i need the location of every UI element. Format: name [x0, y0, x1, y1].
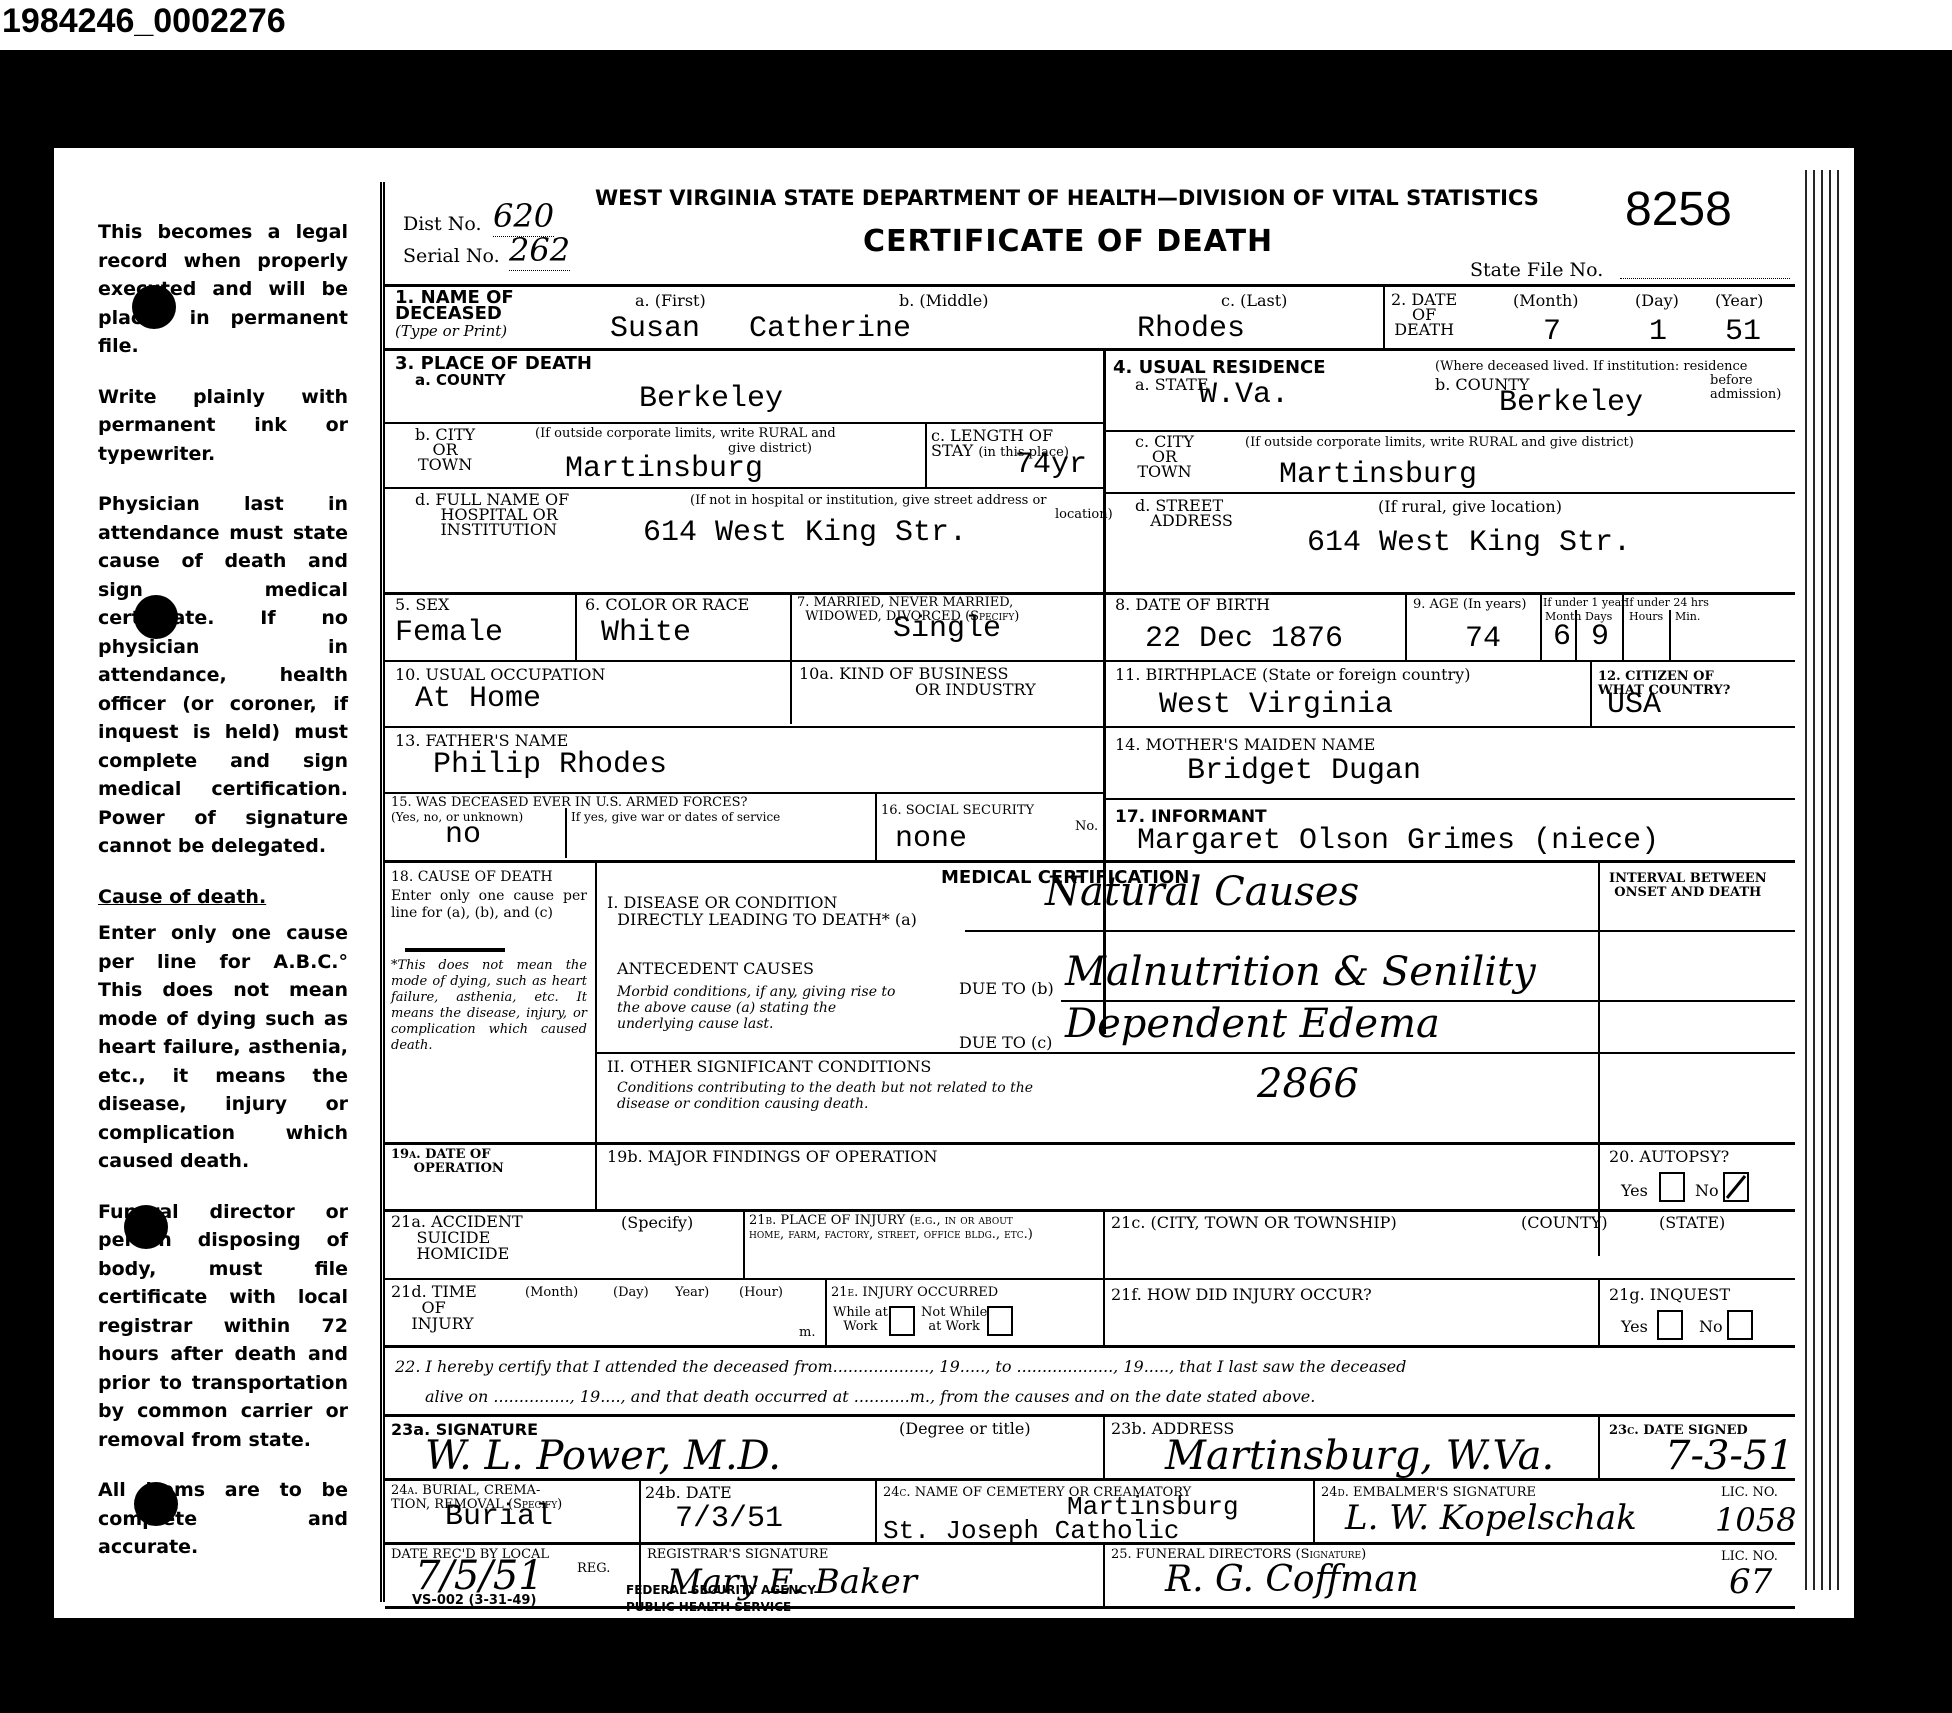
federal-agency-label: FEDERAL SECURITY AGENCYPUBLIC HEALTH SER…	[626, 1582, 816, 1616]
local-registrar-date-value: 7/5/51	[415, 1556, 544, 1596]
accident-specify-label: (Specify)	[621, 1214, 693, 1231]
occupation-value[interactable]: At Home	[415, 684, 541, 714]
death-day-label: (Day)	[1635, 292, 1679, 309]
inquest-yes-checkbox[interactable]	[1657, 1310, 1683, 1340]
autopsy-no-label: No	[1695, 1182, 1719, 1199]
checkmark-icon	[1725, 1174, 1747, 1200]
cause-c-value[interactable]: Dependent Edema	[1065, 1004, 1440, 1044]
death-month-value[interactable]: 7	[1543, 317, 1561, 347]
cause-of-death-label: 18. CAUSE OF DEATH	[391, 870, 553, 884]
interval-label: INTERVAL BETWEENONSET AND DEATH	[1609, 872, 1767, 900]
physician-signature: W. L. Power, M.D.	[425, 1436, 781, 1476]
physician-certification-line1: 22. I hereby certify that I attended the…	[395, 1358, 1406, 1375]
while-at-work-checkbox[interactable]	[889, 1306, 915, 1336]
while-at-work-label: While atWork	[833, 1306, 888, 1334]
injury-state-label: (STATE)	[1659, 1214, 1725, 1231]
injury-m-label: m.	[799, 1326, 815, 1340]
antecedent-note: Morbid conditions, if any, giving rise t…	[617, 984, 917, 1032]
injury-year-label: Year)	[675, 1286, 709, 1300]
image-id-label: 1984246_0002276	[2, 2, 286, 41]
autopsy-yes-checkbox[interactable]	[1659, 1172, 1685, 1202]
death-month-label: (Month)	[1513, 292, 1579, 309]
armed-forces-value[interactable]: no	[445, 820, 481, 850]
age-value[interactable]: 74	[1465, 624, 1501, 654]
classification-code: 2866	[1257, 1064, 1359, 1104]
instructions-sidebar: This becomes a legal record when properl…	[98, 218, 348, 1584]
inquest-no-checkbox[interactable]	[1727, 1310, 1753, 1340]
citizen-value[interactable]: USA	[1607, 690, 1661, 720]
institution-note2: location)	[1055, 508, 1113, 522]
not-while-at-work-checkbox[interactable]	[987, 1306, 1013, 1336]
funeral-director-signature: R. G. Coffman	[1165, 1560, 1419, 1600]
punch-hole	[134, 1482, 178, 1526]
mother-maiden-name-label: 14. MOTHER'S MAIDEN NAME	[1115, 736, 1375, 753]
informant-value[interactable]: Margaret Olson Grimes (niece)	[1137, 826, 1659, 856]
place-of-injury-label: 21b. PLACE OF INJURY (e.g., in or abouth…	[749, 1214, 1033, 1242]
cause-of-death-heading: Cause of death.	[98, 886, 266, 908]
social-security-label: 16. SOCIAL SECURITY	[881, 804, 1034, 818]
months-value[interactable]: 6	[1553, 622, 1571, 652]
cause-b-value[interactable]: Malnutrition & Senility	[1065, 952, 1536, 992]
autopsy-yes-label: Yes	[1621, 1182, 1648, 1199]
inquest-yes-label: Yes	[1621, 1318, 1648, 1335]
residence-state-value[interactable]: W.Va.	[1199, 380, 1289, 410]
time-of-injury-label: 21d. TIME OF INJURY	[391, 1284, 477, 1332]
last-name-label: c. (Last)	[1221, 292, 1287, 309]
under-24-hours-label: If under 24 hrs	[1625, 596, 1709, 610]
father-name-value[interactable]: Philip Rhodes	[433, 750, 667, 780]
disposition-value[interactable]: Burial	[445, 1502, 553, 1532]
death-county-label: a. COUNTY	[415, 371, 506, 390]
last-name-value[interactable]: Rhodes	[1137, 314, 1245, 344]
institution-note: (If not in hospital or institution, give…	[690, 494, 1047, 508]
punch-hole	[134, 595, 178, 639]
punch-hole	[132, 285, 176, 329]
death-year-value[interactable]: 51	[1725, 317, 1761, 347]
antecedent-causes-label: ANTECEDENT CAUSES	[617, 960, 814, 977]
death-year-label: (Year)	[1715, 292, 1763, 309]
first-name-label: a. (First)	[635, 292, 706, 309]
disease-condition-label: I. DISEASE OR CONDITION DIRECTLY LEADING…	[607, 894, 917, 928]
death-certificate-form: WEST VIRGINIA STATE DEPARTMENT OF HEALTH…	[380, 182, 1795, 1602]
hours-label: Hours	[1629, 610, 1663, 624]
days-value[interactable]: 9	[1591, 622, 1609, 652]
length-of-stay-value[interactable]: 74yr	[1015, 450, 1087, 480]
agency-heading: WEST VIRGINIA STATE DEPARTMENT OF HEALTH…	[595, 186, 1539, 210]
accident-type-label: 21a. ACCIDENT SUICIDE HOMICIDE	[391, 1214, 523, 1262]
institution-label: d. FULL NAME OF HOSPITAL OR INSTITUTION	[415, 492, 569, 537]
certificate-title: CERTIFICATE OF DEATH	[863, 224, 1273, 259]
funeral-director-lic-value: 67	[1729, 1562, 1772, 1602]
type-or-print-label: (Type or Print)	[395, 323, 507, 340]
residence-city-value[interactable]: Martinsburg	[1279, 460, 1477, 490]
physician-address-value: Martinsburg, W.Va.	[1165, 1436, 1554, 1476]
birthplace-value[interactable]: West Virginia	[1159, 690, 1393, 720]
injury-hour-label: (Hour)	[739, 1286, 783, 1300]
street-address-value[interactable]: 614 West King Str.	[1307, 528, 1631, 558]
death-county-value[interactable]: Berkeley	[639, 384, 783, 414]
residence-county-value[interactable]: Berkeley	[1499, 388, 1643, 418]
instruction-complete: All items are to be complete and accurat…	[98, 1476, 348, 1562]
death-city-note: (If outside corporate limits, write RURA…	[535, 427, 836, 441]
armed-forces-sub2: If yes, give war or dates of service	[571, 810, 780, 824]
inquest-label: 21g. INQUEST	[1609, 1286, 1730, 1303]
race-value[interactable]: White	[601, 618, 691, 648]
mother-maiden-name-value[interactable]: Bridget Dugan	[1187, 756, 1421, 786]
date-of-birth-value[interactable]: 22 Dec 1876	[1145, 624, 1343, 654]
degree-title-label: (Degree or title)	[899, 1420, 1031, 1437]
serial-no-label: Serial No.	[403, 248, 500, 265]
instruction-cause: Enter only one cause per line for A.B.C.…	[98, 919, 348, 1176]
birthplace-label: 11. BIRTHPLACE (State or foreign country…	[1115, 666, 1470, 683]
instruction-physician: Physician last in attendance must state …	[98, 490, 348, 861]
usual-residence-note: (Where deceased lived. If institution: r…	[1435, 360, 1748, 374]
death-city-label: b. CITYORTOWN	[415, 427, 475, 472]
injury-month-label: (Month)	[525, 1286, 578, 1300]
first-name-value[interactable]: Susan	[610, 314, 700, 344]
social-security-value[interactable]: none	[895, 824, 967, 854]
marital-value[interactable]: Single	[893, 614, 1001, 644]
sex-label: 5. SEX	[395, 596, 449, 613]
major-findings-label: 19b. MAJOR FINDINGS OF OPERATION	[607, 1148, 937, 1165]
state-file-no-label: State File No.	[1470, 262, 1603, 279]
institution-value[interactable]: 614 West King Str.	[643, 518, 967, 548]
date-of-birth-label: 8. DATE OF BIRTH	[1115, 596, 1270, 613]
how-injury-occurred-label: 21f. HOW DID INJURY OCCUR?	[1111, 1286, 1372, 1303]
other-conditions-note: Conditions contributing to the death but…	[617, 1080, 1037, 1112]
usual-residence-note2: before admission)	[1710, 374, 1795, 402]
age-label: 9. AGE (In years)	[1413, 598, 1526, 612]
embalmer-lic-value: 1058	[1715, 1500, 1796, 1540]
physician-certification-line2: alive on ..............., 19...., and th…	[425, 1388, 1315, 1405]
sex-value[interactable]: Female	[395, 618, 503, 648]
state-file-no-field[interactable]	[1620, 278, 1790, 279]
death-day-value[interactable]: 1	[1649, 317, 1667, 347]
due-to-b-label: DUE TO (b)	[959, 980, 1054, 997]
not-while-at-work-label: Not Whileat Work	[921, 1306, 987, 1334]
autopsy-label: 20. AUTOPSY?	[1609, 1148, 1729, 1165]
local-reg-label: REG.	[577, 1562, 610, 1576]
social-security-no-label: No.	[1075, 820, 1098, 834]
injury-county-label: (COUNTY)	[1521, 1214, 1608, 1231]
instruction-legal-record: This becomes a legal record when properl…	[98, 218, 348, 361]
injury-day-label: (Day)	[613, 1286, 649, 1300]
registrar-signature-label: REGISTRAR'S SIGNATURE	[647, 1548, 828, 1562]
date-signed-value: 7-3-51	[1665, 1436, 1794, 1476]
middle-name-value[interactable]: Catherine	[749, 314, 911, 344]
punch-hole	[124, 1205, 168, 1249]
cause-footnote: *This does not mean the mode of dying, s…	[391, 958, 587, 1054]
injury-occurred-label: 21e. INJURY OCCURRED	[831, 1286, 998, 1300]
dist-no-label: Dist No.	[403, 216, 482, 233]
torn-paper-edge	[1802, 170, 1842, 1590]
cause-instructions: Enter only one cause per line for (a), (…	[391, 888, 587, 922]
occupation-label: 10. USUAL OCCUPATION	[395, 666, 605, 683]
minutes-label: Min.	[1675, 610, 1700, 624]
disposition-date-label: 24b. DATE	[645, 1484, 732, 1501]
residence-state-label: a. STATE	[1135, 376, 1209, 393]
armed-forces-label: 15. WAS DECEASED EVER IN U.S. ARMED FORC…	[391, 796, 747, 810]
race-label: 6. COLOR OR RACE	[585, 596, 749, 613]
form-id: VS-002 (3-31-49)	[412, 1594, 536, 1608]
inquest-no-label: No	[1699, 1318, 1723, 1335]
under-1-year-label: If under 1 year	[1543, 596, 1626, 610]
residence-city-note: (If outside corporate limits, write RURA…	[1245, 436, 1634, 450]
due-to-c-label: DUE TO (c)	[959, 1034, 1052, 1051]
cause-a-value[interactable]: Natural Causes	[1045, 872, 1359, 912]
certificate-number: 8258	[1625, 182, 1732, 237]
embalmer-signature: L. W. Kopelschak	[1345, 1498, 1637, 1538]
autopsy-no-checkbox[interactable]	[1723, 1172, 1749, 1202]
embalmer-lic-label: LIC. NO.	[1721, 1486, 1778, 1500]
death-city-value[interactable]: Martinsburg	[565, 454, 763, 484]
disposition-date-value[interactable]: 7/3/51	[675, 1504, 783, 1534]
name-label: 1. NAME OFDECEASED	[395, 290, 514, 322]
business-label: 10a. KIND OF BUSINESSOR INDUSTRY	[799, 666, 1036, 698]
street-address-note: (If rural, give location)	[1378, 498, 1562, 515]
street-address-label: d. STREET ADDRESS	[1135, 498, 1233, 528]
residence-city-label: c. CITYORTOWN	[1135, 434, 1194, 479]
other-conditions-label: II. OTHER SIGNIFICANT CONDITIONS	[607, 1058, 931, 1075]
instruction-write-plainly: Write plainly with permanent ink or type…	[98, 383, 348, 469]
operation-date-label: 19a. DATE OF OPERATION	[391, 1148, 504, 1176]
serial-no-value: 262	[509, 230, 570, 271]
injury-city-label: 21c. (CITY, TOWN OR TOWNSHIP)	[1111, 1214, 1397, 1231]
date-of-death-label: 2. DATEOFDEATH	[1391, 292, 1457, 337]
middle-name-label: b. (Middle)	[899, 292, 988, 309]
father-name-label: 13. FATHER'S NAME	[395, 732, 568, 749]
